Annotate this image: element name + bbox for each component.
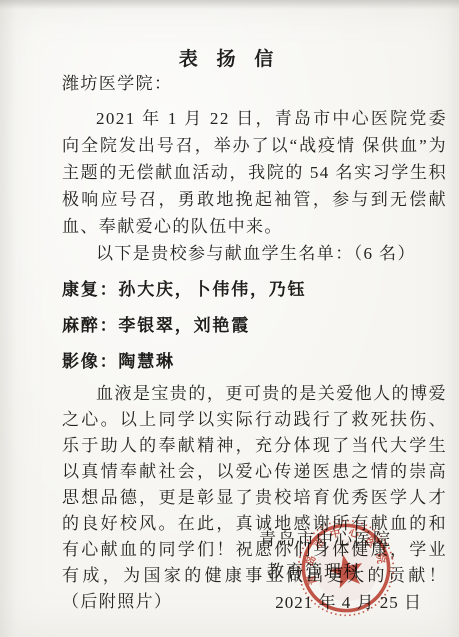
student-line-imaging: 影像：陶慧琳	[62, 348, 447, 375]
scanned-letter-page: 表 扬 信 潍坊医学院： 2021 年 1 月 22 日，青岛市中心医院党委向全…	[0, 0, 459, 637]
paragraph-event: 2021 年 1 月 22 日，青岛市中心医院党委向全院发出号召，举办了以“战疫…	[62, 105, 447, 240]
student-line-rehab: 康复：孙大庆，卜伟伟，乃钰	[62, 276, 447, 303]
salutation: 潍坊医学院：	[62, 70, 447, 97]
official-seal: 青岛市中心医院	[284, 506, 407, 629]
student-line-anesthesia: 麻醉：李银翠，刘艳霞	[62, 312, 447, 339]
donor-list-intro: 以下是贵校参与献血学生名单：（6 名）	[62, 240, 447, 267]
